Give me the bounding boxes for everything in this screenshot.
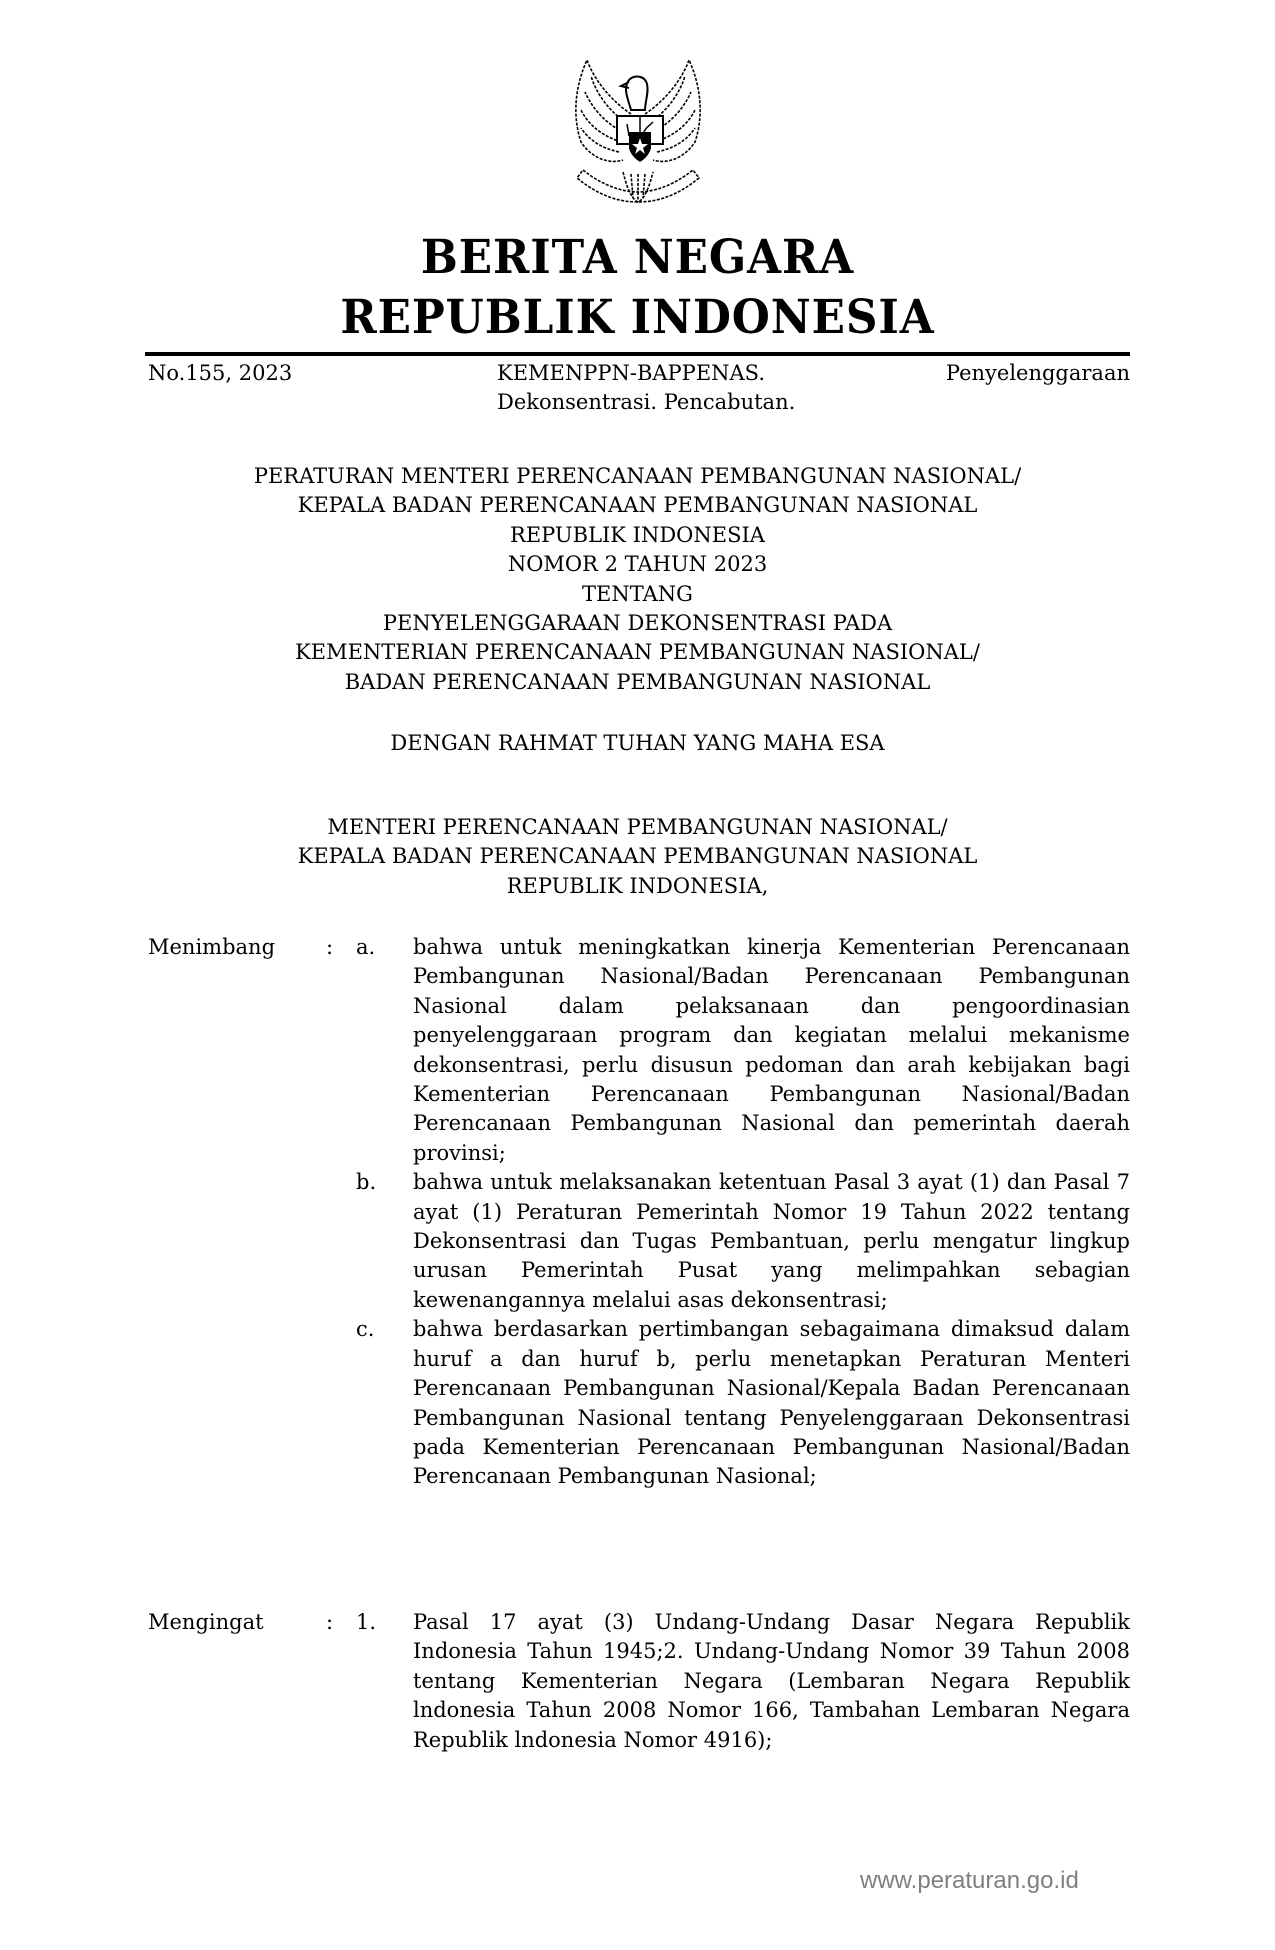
department-name: KEMENPPN-BAPPENAS. <box>497 359 765 388</box>
heading-line: TENTANG <box>145 580 1130 609</box>
item-marker: c. <box>356 1315 413 1491</box>
item-marker: 1. <box>356 1608 413 1755</box>
garuda-emblem-icon <box>553 52 723 212</box>
item-text: bahwa untuk melaksanakan ketentuan Pasal… <box>413 1168 1130 1315</box>
menimbang-item: b. bahwa untuk melaksanakan ketentuan Pa… <box>148 1168 1130 1315</box>
heading-line: BADAN PERENCANAAN PEMBANGUNAN NASIONAL <box>145 668 1130 697</box>
menimbang-section: Menimbang : a. bahwa untuk meningkatkan … <box>148 933 1130 1492</box>
mengingat-item: Mengingat : 1. Pasal 17 ayat (3) Undang-… <box>148 1608 1130 1755</box>
regulation-heading: PERATURAN MENTERI PERENCANAAN PEMBANGUNA… <box>145 462 1130 697</box>
heading-line: NOMOR 2 TAHUN 2023 <box>145 550 1130 579</box>
heading-line: PENYELENGGARAAN DEKONSENTRASI PADA <box>145 609 1130 638</box>
item-text: bahwa untuk meningkatkan kinerja Kemente… <box>413 933 1130 1168</box>
authority-heading: MENTERI PERENCANAAN PEMBANGUNAN NASIONAL… <box>145 813 1130 901</box>
authority-line: MENTERI PERENCANAAN PEMBANGUNAN NASIONAL… <box>145 813 1130 842</box>
website-footer-link[interactable]: www.peraturan.go.id <box>860 1867 1079 1895</box>
topic: Penyelenggaraan <box>946 359 1130 388</box>
heading-line: KEMENTERIAN PERENCANAAN PEMBANGUNAN NASI… <box>145 638 1130 667</box>
authority-line: REPUBLIK INDONESIA, <box>145 872 1130 901</box>
gazette-title-line1: BERITA NEGARA <box>45 230 1231 285</box>
heading-line: KEPALA BADAN PERENCANAAN PEMBANGUNAN NAS… <box>145 491 1130 520</box>
menimbang-item: Menimbang : a. bahwa untuk meningkatkan … <box>148 933 1130 1168</box>
item-marker: a. <box>356 933 413 1168</box>
invocation: DENGAN RAHMAT TUHAN YANG MAHA ESA <box>145 729 1130 758</box>
mengingat-section: Mengingat : 1. Pasal 17 ayat (3) Undang-… <box>148 1608 1130 1755</box>
section-colon: : <box>326 1608 356 1755</box>
section-label: Menimbang <box>148 933 326 1168</box>
item-text: Pasal 17 ayat (3) Undang-Undang Dasar Ne… <box>413 1608 1130 1755</box>
gazette-title-line2: REPUBLIK INDONESIA <box>45 290 1231 345</box>
menimbang-item: c. bahwa berdasarkan pertimbangan sebaga… <box>148 1315 1130 1491</box>
heading-line: PERATURAN MENTERI PERENCANAAN PEMBANGUNA… <box>145 462 1130 491</box>
item-text: bahwa berdasarkan pertimbangan sebagaima… <box>413 1315 1130 1491</box>
heading-line: REPUBLIK INDONESIA <box>145 521 1130 550</box>
topic-continued: Dekonsentrasi. Pencabutan. <box>497 388 795 417</box>
header-rule <box>145 352 1130 356</box>
gazette-number: No.155, 2023 <box>148 359 292 388</box>
section-label: Mengingat <box>148 1608 326 1755</box>
item-marker: b. <box>356 1168 413 1315</box>
authority-line: KEPALA BADAN PERENCANAAN PEMBANGUNAN NAS… <box>145 842 1130 871</box>
section-colon: : <box>326 933 356 1168</box>
